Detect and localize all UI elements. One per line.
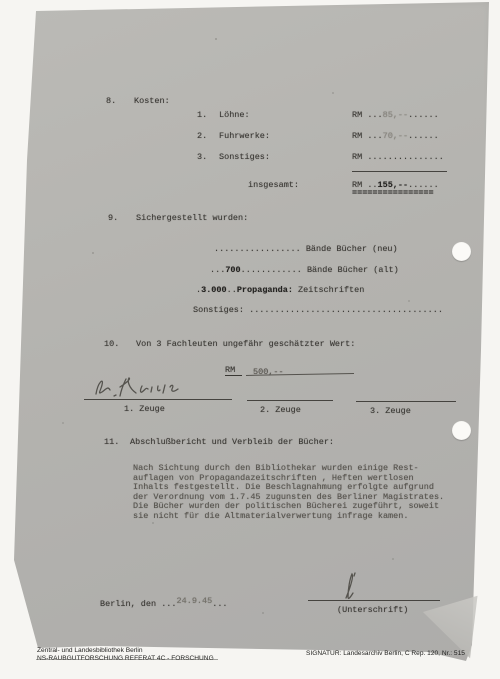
place-label: Berlin, den ... xyxy=(100,599,177,609)
archive-footer-signatur: SIGNATUR: Landesarchiv Berlin, C Rep. 12… xyxy=(306,650,465,658)
witness3-line xyxy=(356,401,456,402)
amount-value: 700 xyxy=(225,265,240,275)
archive-footer-left-line1: Zentral- und Landesbibliothek Berlin xyxy=(37,647,143,655)
secured-row-zeitschriften: .3.000..Propaganda: Zeitschriften xyxy=(196,285,364,295)
row-label: Bände Bücher (neu) xyxy=(301,244,398,254)
scanned-document-page: 8. Kosten: 1. Löhne: RM ...85,--...... 2… xyxy=(0,0,500,679)
signature-scribble xyxy=(332,570,372,602)
witness1-line xyxy=(84,399,232,400)
row-label: Sonstiges: xyxy=(193,305,249,315)
report-line: Nach Sichtung durch den Bibliothekar wur… xyxy=(133,463,419,473)
value-currency: RM xyxy=(225,365,242,375)
section8-title: Kosten: xyxy=(134,96,170,106)
currency-label: RM xyxy=(225,365,242,376)
row-label: Bände Bücher (alt) xyxy=(302,265,399,275)
section11-number: 11. xyxy=(104,437,119,447)
witness2-line xyxy=(247,400,333,401)
report-line: Die Bücher wurden der politischen Bücher… xyxy=(133,501,439,511)
dot-leader: ... xyxy=(367,131,382,141)
witness2-label: 2. Zeuge xyxy=(260,405,301,415)
section9-title: Sichergestellt wurden: xyxy=(136,213,248,223)
secured-row-neu: ................. Bände Bücher (neu) xyxy=(214,244,398,254)
cost-row2-index: 2. xyxy=(197,131,207,141)
section8-number: 8. xyxy=(106,96,116,106)
witness1-signature-scribble xyxy=(86,372,221,402)
signature-line xyxy=(308,600,440,601)
witness1-label: 1. Zeuge xyxy=(124,404,165,414)
dot-leader: ............ xyxy=(241,265,302,275)
section11-title: Abschlußbericht und Verbleib der Bücher: xyxy=(130,437,334,447)
witness3-label: 3. Zeuge xyxy=(370,406,411,416)
dot-leader: .. xyxy=(227,285,237,295)
cost-row1-index: 1. xyxy=(197,110,207,120)
date-value: 24.9.45 xyxy=(177,596,213,606)
secured-row-sonstiges: Sonstiges: .............................… xyxy=(193,305,443,315)
cost-row3-index: 3. xyxy=(197,152,207,162)
signature-caption: (Unterschrift) xyxy=(337,605,408,615)
subtotal-rule xyxy=(352,171,447,172)
amount-value: 85,-- xyxy=(383,110,409,120)
overtyped-word: Propaganda: xyxy=(237,285,293,295)
currency-label: RM xyxy=(352,131,367,141)
section9-number: 9. xyxy=(108,213,118,223)
dot-leader: ... xyxy=(367,110,382,120)
dot-leader: ... xyxy=(212,599,227,609)
dot-leader: ...... xyxy=(408,131,439,141)
section10-title: Von 3 Fachleuten ungefähr geschätzter We… xyxy=(136,339,355,349)
footer-line-artifact xyxy=(36,659,218,660)
dot-leader: ...................................... xyxy=(249,305,443,315)
dot-leader: ...... xyxy=(408,110,439,120)
cost-row1-label: Löhne: xyxy=(219,110,250,120)
amount-value: 70,-- xyxy=(383,131,409,141)
report-line: sie nicht für die Altmaterialverwertung … xyxy=(133,511,408,521)
cost-row2-label: Fuhrwerke: xyxy=(219,131,270,141)
total-label: insgesamt: xyxy=(248,180,299,190)
currency-label: RM xyxy=(352,110,367,120)
total-double-rule: ================ xyxy=(352,188,434,198)
cost-row2-amount: RM ...70,--...... xyxy=(352,131,439,141)
paper-specks xyxy=(0,0,2,2)
cost-row3-amount: RM ............... xyxy=(352,152,444,162)
cost-row3-label: Sonstiges: xyxy=(219,152,270,162)
punch-hole-bottom xyxy=(452,421,471,440)
punch-hole-top xyxy=(452,242,471,261)
dot-leader: ... xyxy=(210,265,225,275)
section10-number: 10. xyxy=(104,339,119,349)
place-date-line: Berlin, den ...24.9.45... xyxy=(100,599,228,609)
report-line: Inhalts festgestellt. Die Beschlagnahmun… xyxy=(133,482,434,492)
row-label: Zeitschriften xyxy=(293,285,364,295)
amount-value: 3.000 xyxy=(201,285,227,295)
secured-row-alt: ...700............ Bände Bücher (alt) xyxy=(210,265,399,275)
dot-leader: ................. xyxy=(214,244,301,254)
dot-leader: ............... xyxy=(367,152,444,162)
cost-row1-amount: RM ...85,--...... xyxy=(352,110,439,120)
currency-label: RM xyxy=(352,152,367,162)
